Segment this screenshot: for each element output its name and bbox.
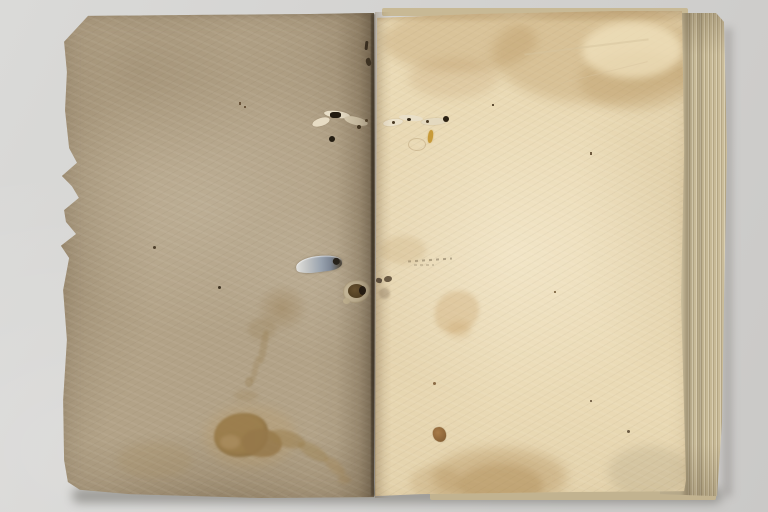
speck — [590, 400, 592, 402]
gray-patch-stain — [608, 446, 690, 498]
faint-corner-stain — [118, 442, 192, 478]
tide-light-patch — [582, 22, 682, 78]
worm-trail-speck — [392, 121, 395, 124]
tide-blob — [408, 58, 498, 98]
speck — [590, 152, 592, 155]
fore-edge-crease-2 — [697, 11, 704, 503]
speck — [218, 286, 221, 289]
speck — [433, 382, 436, 385]
worm-trail-right — [383, 110, 459, 140]
stain-tail — [447, 321, 471, 338]
worm-trail-speck — [426, 120, 429, 123]
left-page — [60, 12, 375, 500]
speck — [153, 246, 156, 249]
stain-light-patch — [220, 435, 240, 449]
dark-dot — [329, 136, 335, 142]
speck — [492, 104, 494, 106]
speck — [244, 106, 246, 108]
gray-squiggle-mark — [414, 264, 434, 266]
photo-open-book — [0, 0, 768, 512]
speck — [554, 291, 556, 293]
worm-trail-segment — [311, 115, 331, 128]
faint-ring-stain — [408, 138, 426, 151]
worm-trail-dark-spot — [443, 116, 449, 122]
stain-blob — [410, 466, 462, 498]
fore-edge-page-lines — [688, 11, 728, 503]
gutter-shadow-left — [336, 13, 374, 497]
speck — [627, 430, 630, 433]
right-page — [374, 10, 686, 500]
worm-trail-speck — [407, 118, 411, 121]
speck — [239, 102, 241, 105]
gutter-shadow-right — [375, 12, 391, 498]
drip-end-dot — [245, 377, 253, 387]
faint-stain — [234, 390, 258, 401]
